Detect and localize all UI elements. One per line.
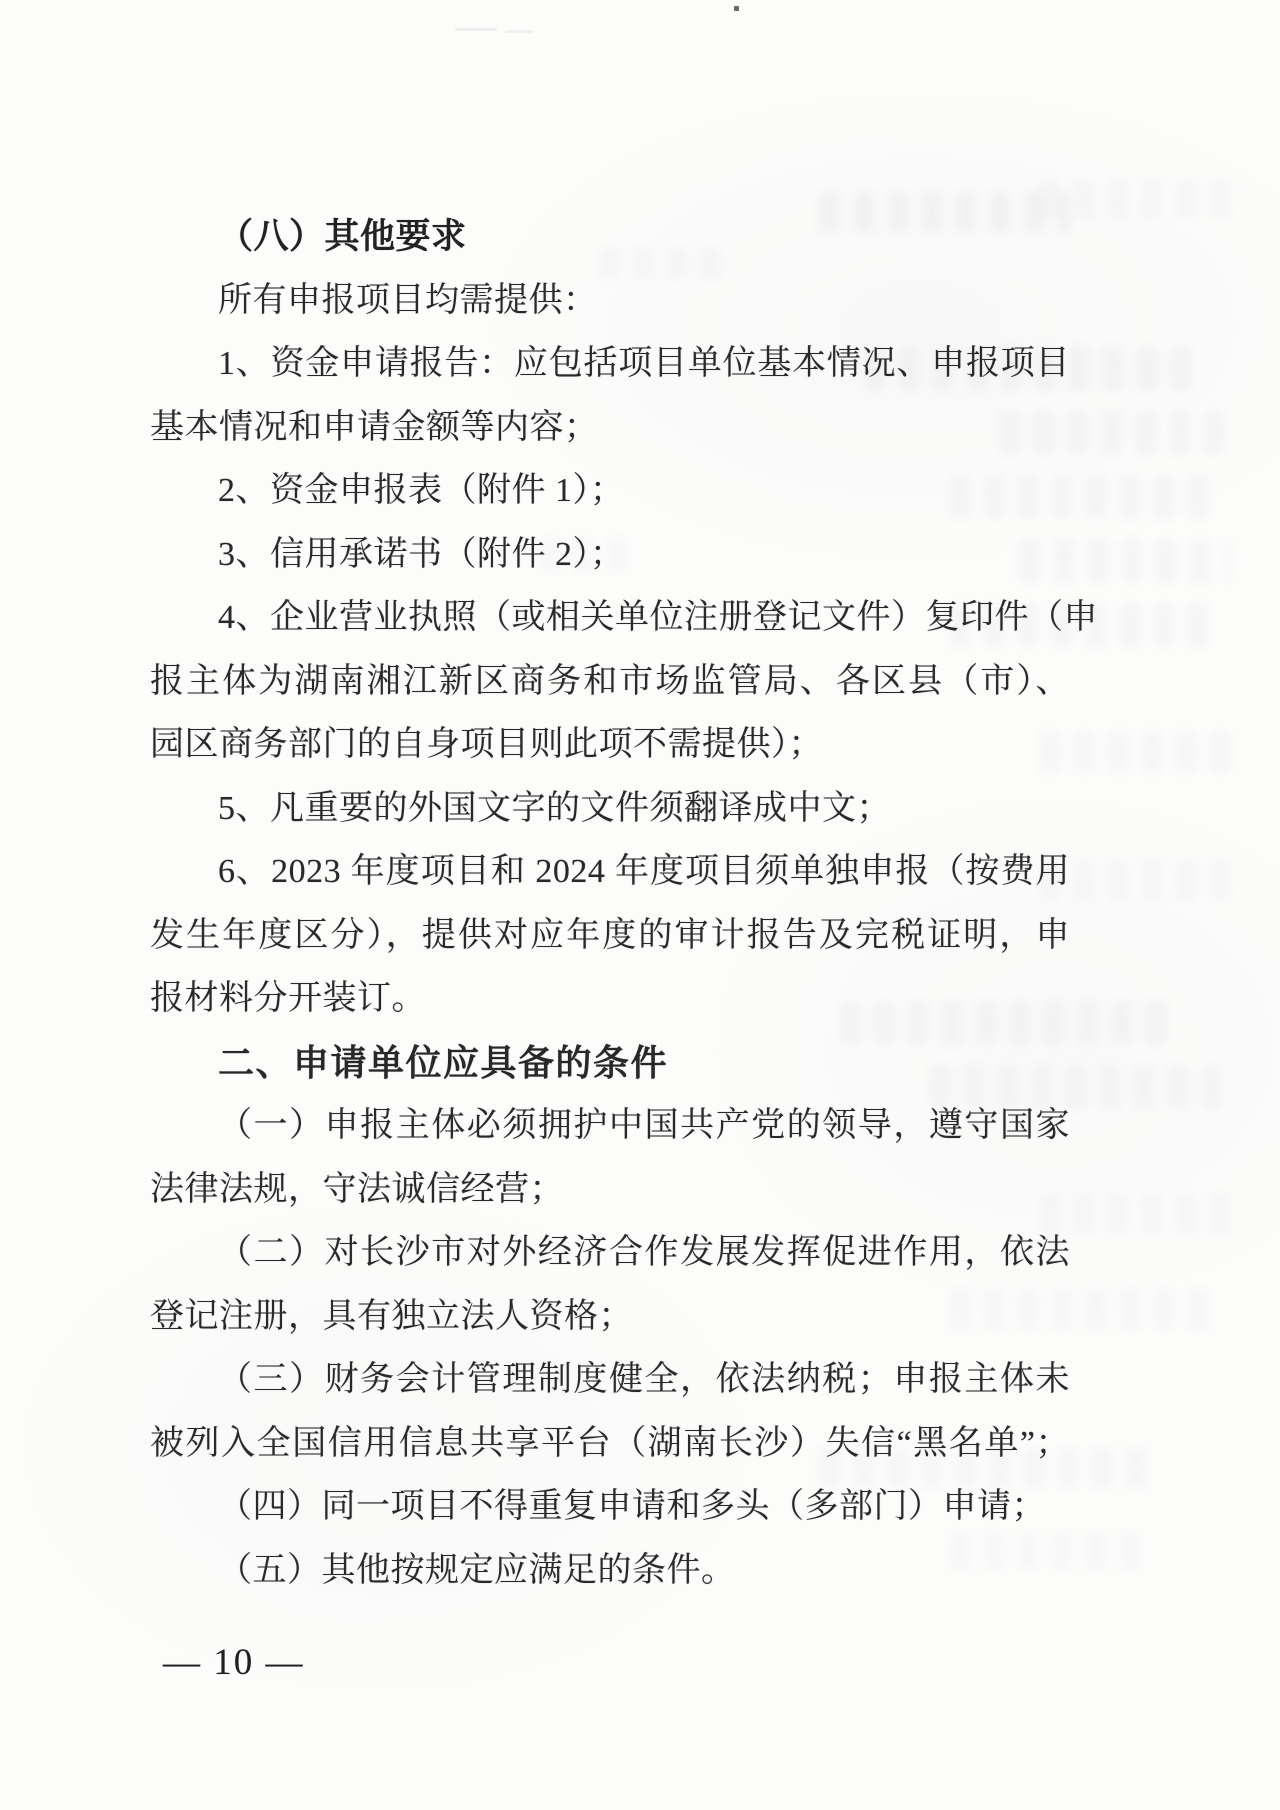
text-line: 4、企业营业执照（或相关单位注册登记文件）复印件（申 <box>150 586 1070 650</box>
document-body: （八）其他要求所有申报项目均需提供：1、资金申请报告：应包括项目单位基本情况、申… <box>150 205 1070 1602</box>
text-line: 园区商务部门的自身项目则此项不需提供）； <box>150 713 1070 777</box>
bleed-through-artifact <box>1040 180 1240 218</box>
scan-speck <box>734 6 739 11</box>
text-line: 发生年度区分），提供对应年度的审计报告及完税证明，申 <box>150 904 1070 968</box>
text-line: 1、资金申请报告：应包括项目单位基本情况、申报项目 <box>150 332 1070 396</box>
scan-speck <box>505 30 533 33</box>
text-line: 2、资金申报表（附件 1）； <box>150 459 1070 523</box>
text-line: 法律法规，守法诚信经营； <box>150 1158 1070 1222</box>
text-line: 被列入全国信用信息共享平台（湖南长沙）失信“黑名单”； <box>150 1412 1070 1476</box>
scan-speck <box>455 28 497 31</box>
text-line: （一）申报主体必须拥护中国共产党的领导，遵守国家 <box>150 1094 1070 1158</box>
text-line: 所有申报项目均需提供： <box>150 269 1070 333</box>
text-line: （五）其他按规定应满足的条件。 <box>150 1539 1070 1603</box>
text-line: （四）同一项目不得重复申请和多头（多部门）申请； <box>150 1475 1070 1539</box>
section-heading-line: 二、申请单位应具备的条件 <box>150 1031 1070 1095</box>
text-line: 6、2023 年度项目和 2024 年度项目须单独申报（按费用 <box>150 840 1070 904</box>
section-heading-line: （八）其他要求 <box>150 205 1070 269</box>
text-line: 基本情况和申请金额等内容； <box>150 396 1070 460</box>
text-line: 报主体为湖南湘江新区商务和市场监管局、各区县（市）、 <box>150 650 1070 714</box>
page-number: — 10 — <box>163 1640 305 1686</box>
text-line: 报材料分开装订。 <box>150 967 1070 1031</box>
text-line: （三）财务会计管理制度健全，依法纳税；申报主体未 <box>150 1348 1070 1412</box>
text-line: 登记注册，具有独立法人资格； <box>150 1285 1070 1349</box>
text-line: 3、信用承诺书（附件 2）； <box>150 523 1070 587</box>
text-line: （二）对长沙市对外经济合作发展发挥促进作用，依法 <box>150 1221 1070 1285</box>
text-line: 5、凡重要的外国文字的文件须翻译成中文； <box>150 777 1070 841</box>
scanned-document-page: （八）其他要求所有申报项目均需提供：1、资金申请报告：应包括项目单位基本情况、申… <box>0 0 1280 1810</box>
